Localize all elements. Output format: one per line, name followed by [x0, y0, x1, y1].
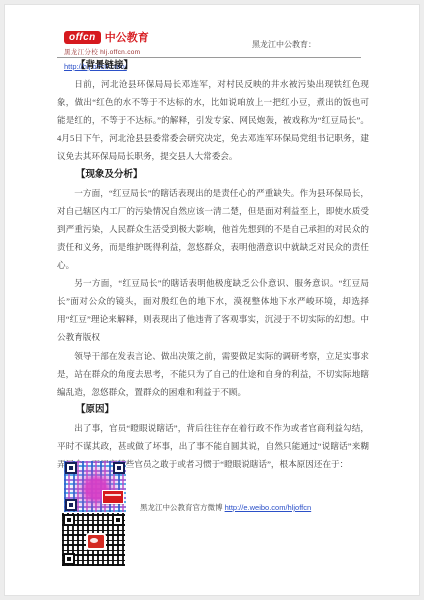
- weibo-link[interactable]: http://e.weibo.com/hljoffcn: [225, 503, 312, 512]
- weibo-qr-code-icon: [62, 513, 125, 566]
- offcn-logo-icon: offcn: [64, 31, 101, 44]
- section-heading-analysis: 【现象及分析】: [57, 166, 369, 184]
- paragraph-analysis-1: 一方面，“红豆局长”的瞎话表现出的是责任心的严重缺失。作为县环保局长，对自己辖区…: [57, 184, 369, 274]
- qr-finder-icon: [63, 514, 75, 526]
- branch-line: 黑龙江分校 hlj.offcn.com: [64, 47, 149, 56]
- paragraph-background: 日前，河北沧县环保局局长邓连军，对村民反映的井水被污染出现铁红色现象，做出“红色…: [57, 75, 369, 165]
- section-heading-reason: 【原因】: [57, 401, 369, 419]
- weibo-badge-icon: [86, 533, 106, 550]
- qr-finder-icon: [113, 462, 125, 474]
- colorful-qr-code-icon: [64, 461, 126, 512]
- qr-finder-icon: [63, 553, 75, 565]
- logo-cn-text: 中公教育: [105, 29, 149, 45]
- document-page: offcn 中公教育 黑龙江分校 hlj.offcn.com http://hl…: [0, 0, 424, 600]
- paragraph-analysis-2: 另一方面，“红豆局长”的瞎话表明他极度缺乏公仆意识、服务意识。“红豆局长”面对公…: [57, 274, 369, 346]
- article-body: 【背景链接】 日前，河北沧县环保局局长邓连军，对村民反映的井水被污染出现铁红色现…: [57, 57, 369, 473]
- qr-finder-icon: [65, 499, 77, 511]
- section-heading-background: 【背景链接】: [57, 57, 369, 75]
- header-right-text: 黑龙江中公教育：: [252, 39, 316, 50]
- qr-red-label: [102, 490, 124, 504]
- qr-finder-icon: [65, 462, 77, 474]
- paragraph-analysis-3: 领导干部在发表言论、做出决策之前，需要做足实际的调研考察，立足实事求是，站在群众…: [57, 347, 369, 401]
- qr-finder-icon: [112, 514, 124, 526]
- weibo-label: 黑龙江中公教育官方微博: [140, 503, 223, 512]
- weibo-line: 黑龙江中公教育官方微博 http://e.weibo.com/hljoffcn: [140, 502, 311, 513]
